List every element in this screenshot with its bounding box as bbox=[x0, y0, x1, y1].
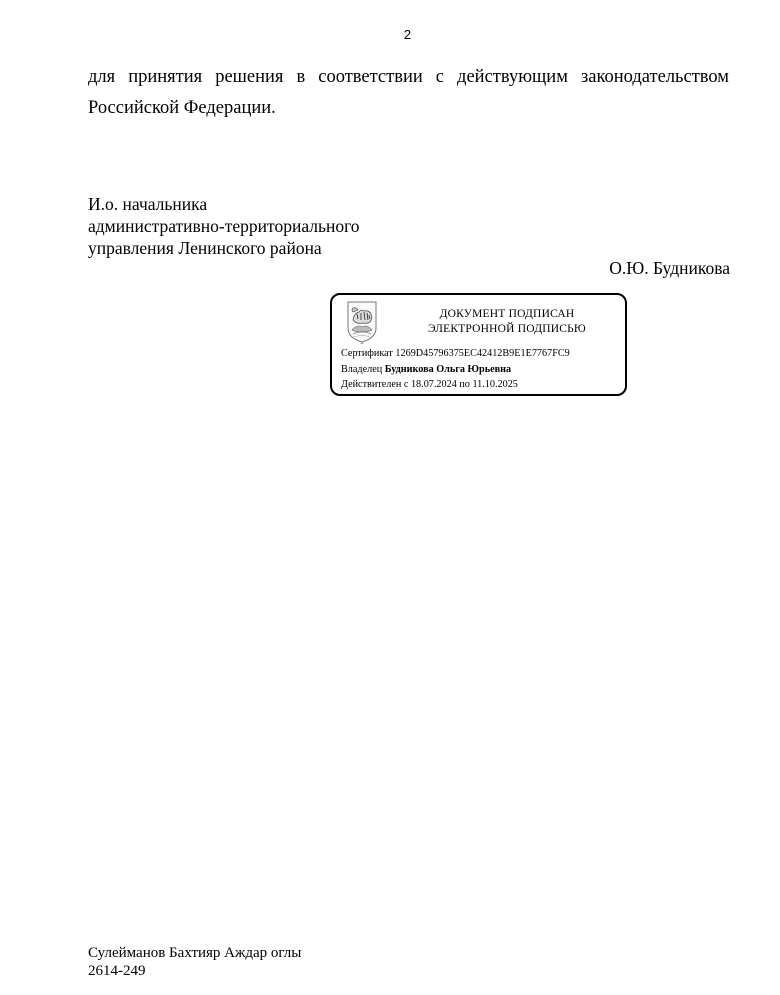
owner-value: Будникова Ольга Юрьевна bbox=[385, 364, 511, 375]
signatory-position: И.о. начальника административно-территор… bbox=[88, 193, 360, 259]
executor-name: Сулейманов Бахтияр Аждар оглы bbox=[88, 944, 301, 962]
valid-to-label: по bbox=[459, 379, 470, 390]
coat-of-arms-icon bbox=[345, 300, 379, 344]
owner-row: Владелец Будникова Ольга Юрьевна bbox=[341, 362, 570, 378]
valid-to: 11.10.2025 bbox=[472, 379, 517, 390]
position-line-2: административно-территориального bbox=[88, 215, 360, 237]
owner-label: Владелец bbox=[341, 364, 382, 375]
position-line-3: управления Ленинского района bbox=[88, 237, 360, 259]
body-line-1: для принятия решения в соответствии с де… bbox=[88, 62, 729, 93]
body-paragraph: для принятия решения в соответствии с де… bbox=[88, 62, 729, 124]
stamp-title: ДОКУМЕНТ ПОДПИСАН ЭЛЕКТРОННОЙ ПОДПИСЬЮ bbox=[392, 307, 622, 337]
body-line-2: Российской Федерации. bbox=[88, 93, 729, 124]
validity-row: Действителен с 18.07.2024 по 11.10.2025 bbox=[341, 377, 570, 393]
stamp-title-line-2: ЭЛЕКТРОННОЙ ПОДПИСЬЮ bbox=[392, 322, 622, 337]
signatory-name: О.Ю. Будникова bbox=[609, 257, 730, 279]
stamp-details: Сертификат 1269D45796375EC42412B9E1E7767… bbox=[341, 346, 570, 393]
certificate-row: Сертификат 1269D45796375EC42412B9E1E7767… bbox=[341, 346, 570, 362]
executor-phone: 2614-249 bbox=[88, 962, 301, 980]
executor-info: Сулейманов Бахтияр Аждар оглы 2614-249 bbox=[88, 944, 301, 980]
certificate-label: Сертификат bbox=[341, 348, 393, 359]
stamp-title-line-1: ДОКУМЕНТ ПОДПИСАН bbox=[392, 307, 622, 322]
valid-from: 18.07.2024 bbox=[411, 379, 457, 390]
valid-from-label: с bbox=[404, 379, 409, 390]
certificate-value: 1269D45796375EC42412B9E1E7767FC9 bbox=[395, 348, 569, 359]
position-line-1: И.о. начальника bbox=[88, 193, 360, 215]
electronic-signature-stamp: ДОКУМЕНТ ПОДПИСАН ЭЛЕКТРОННОЙ ПОДПИСЬЮ С… bbox=[330, 293, 627, 396]
valid-label: Действителен bbox=[341, 379, 401, 390]
page-number: 2 bbox=[0, 27, 780, 42]
